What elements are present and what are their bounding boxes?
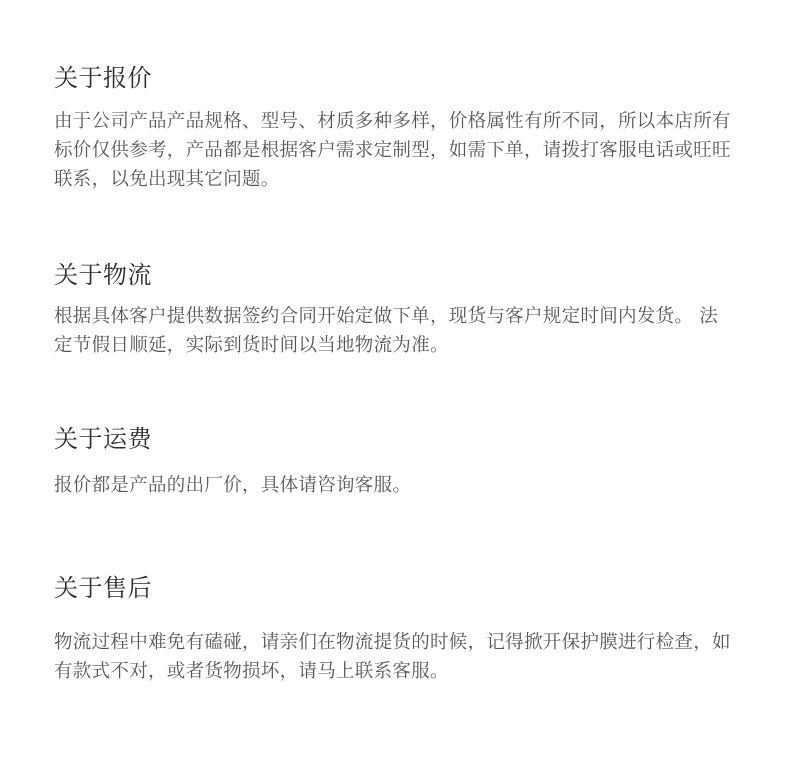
section-title: 关于售后 — [54, 572, 734, 604]
section-body: 由于公司产品产品规格、型号、材质多种多样，价格属性有所不同，所以本店所有标价仅供… — [54, 107, 734, 194]
section-body: 报价都是产品的出厂价，具体请咨询客服。 — [54, 471, 734, 500]
section-logistics: 关于物流 根据具体客户提供数据签约合同开始定做下单，现货与客户规定时间内发货。 … — [54, 259, 734, 360]
section-title: 关于物流 — [54, 259, 734, 291]
section-body: 物流过程中难免有磕碰，请亲们在物流提货的时候，记得掀开保护膜进行检查，如有款式不… — [54, 628, 734, 686]
section-title: 关于报价 — [54, 62, 734, 94]
section-after-sales: 关于售后 物流过程中难免有磕碰，请亲们在物流提货的时候，记得掀开保护膜进行检查，… — [54, 572, 734, 686]
section-body: 根据具体客户提供数据签约合同开始定做下单，现货与客户规定时间内发货。 法定节假日… — [54, 302, 734, 360]
section-pricing: 关于报价 由于公司产品产品规格、型号、材质多种多样，价格属性有所不同，所以本店所… — [54, 62, 734, 194]
section-title: 关于运费 — [54, 423, 734, 455]
section-shipping-fee: 关于运费 报价都是产品的出厂价，具体请咨询客服。 — [54, 423, 734, 500]
